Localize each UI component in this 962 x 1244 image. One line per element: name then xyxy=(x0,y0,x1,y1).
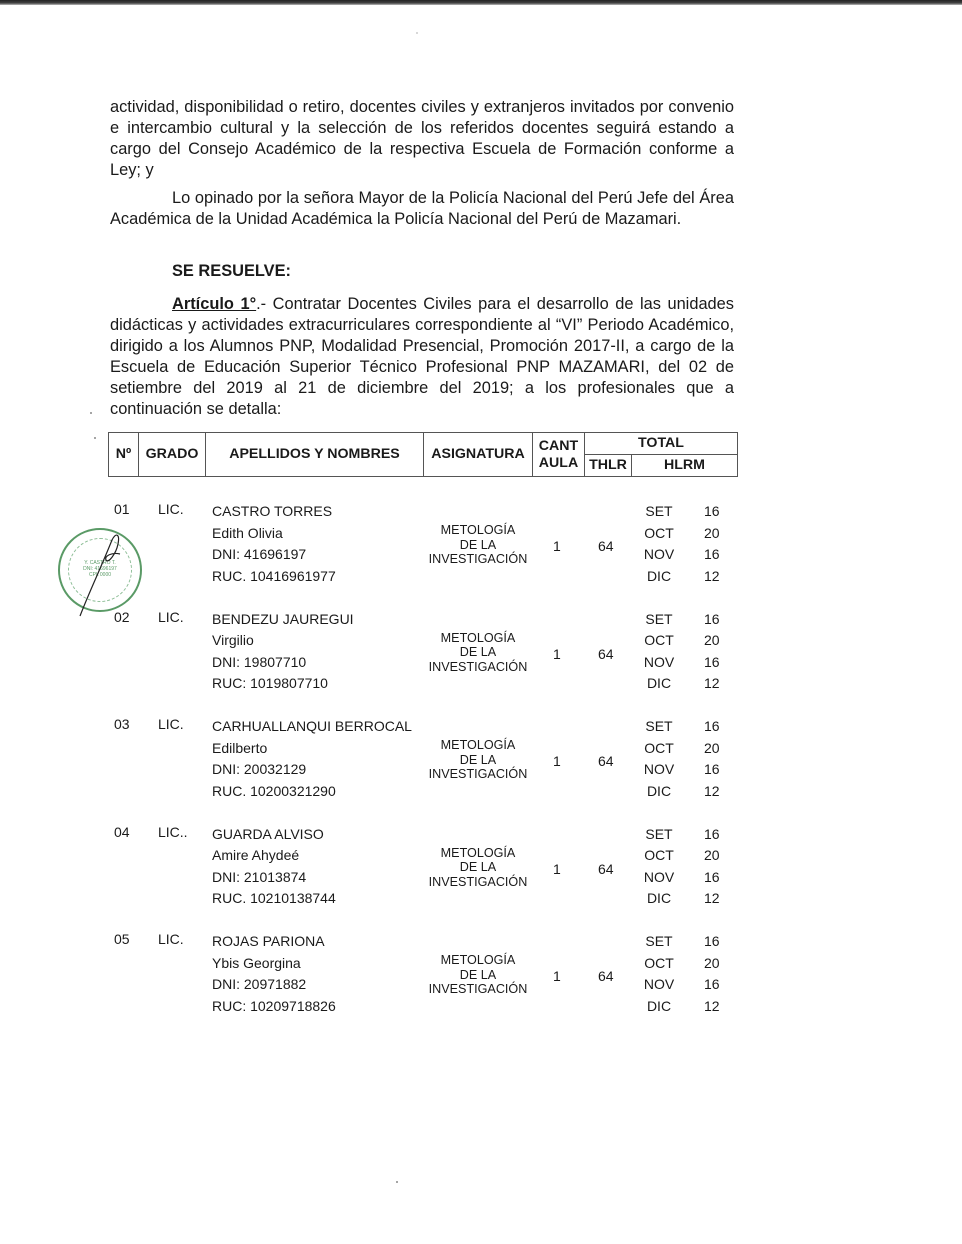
row-cant-aula: 1 xyxy=(553,538,561,554)
row-hlrm-months: SETOCTNOVDIC xyxy=(640,716,678,802)
row-number: 01 xyxy=(114,501,130,517)
row-hlrm-months: SETOCTNOVDIC xyxy=(640,609,678,695)
hlrm-hours: 16 xyxy=(704,824,720,846)
hlrm-hours: 16 xyxy=(704,544,720,566)
person-dni: DNI: 20971882 xyxy=(212,974,336,996)
table-row: 02LIC.BENDEZU JAUREGUIVirgilioDNI: 19807… xyxy=(108,609,738,695)
row-person: CARHUALLANQUI BERROCALEdilbertoDNI: 2003… xyxy=(212,716,412,802)
person-given-name: Ybis Georgina xyxy=(212,953,336,975)
header-asignatura: ASIGNATURA xyxy=(424,433,533,476)
row-grado: LIC. xyxy=(158,931,184,947)
row-person: BENDEZU JAUREGUIVirgilioDNI: 19807710RUC… xyxy=(212,609,354,695)
table-row: 04LIC..GUARDA ALVISOAmire AhydeéDNI: 210… xyxy=(108,824,738,910)
hlrm-month: NOV xyxy=(640,544,678,566)
table-header: Nº GRADO APELLIDOS Y NOMBRES ASIGNATURA … xyxy=(108,432,738,477)
row-hlrm-hours: 16201612 xyxy=(704,824,720,910)
hlrm-month: SET xyxy=(640,609,678,631)
paragraph-considerando: actividad, disponibilidad o retiro, doce… xyxy=(110,97,734,181)
hlrm-hours: 16 xyxy=(704,609,720,631)
asignatura-line: DE LA xyxy=(408,538,548,553)
hlrm-month: DIC xyxy=(640,566,678,588)
row-thlr: 64 xyxy=(598,538,614,554)
hlrm-hours: 20 xyxy=(704,738,720,760)
article-1-paragraph: Artículo 1°.- Contratar Docentes Civiles… xyxy=(110,294,734,419)
row-hlrm-hours: 16201612 xyxy=(704,609,720,695)
row-asignatura: METOLOGÍADE LAINVESTIGACIÓN xyxy=(408,631,548,675)
hlrm-month: DIC xyxy=(640,996,678,1018)
row-number: 04 xyxy=(114,824,130,840)
asignatura-line: INVESTIGACIÓN xyxy=(408,875,548,890)
hlrm-month: SET xyxy=(640,824,678,846)
row-asignatura: METOLOGÍADE LAINVESTIGACIÓN xyxy=(408,953,548,997)
row-cant-aula: 1 xyxy=(553,861,561,877)
person-dni: DNI: 41696197 xyxy=(212,544,336,566)
hlrm-month: NOV xyxy=(640,867,678,889)
article-1-label: Artículo 1° xyxy=(172,295,256,313)
person-ruc: RUC. 10200321290 xyxy=(212,781,412,803)
table-row: 03LIC.CARHUALLANQUI BERROCALEdilbertoDNI… xyxy=(108,716,738,802)
scan-edge xyxy=(0,0,962,5)
hlrm-month: NOV xyxy=(640,652,678,674)
person-given-name: Amire Ahydeé xyxy=(212,845,336,867)
asignatura-line: METOLOGÍA xyxy=(408,738,548,753)
hlrm-month: OCT xyxy=(640,738,678,760)
scan-speck xyxy=(90,412,92,414)
hlrm-month: OCT xyxy=(640,523,678,545)
paragraph-opinion: Lo opinado por la señora Mayor de la Pol… xyxy=(110,188,734,230)
hlrm-hours: 16 xyxy=(704,652,720,674)
person-given-name: Edilberto xyxy=(212,738,412,760)
row-grado: LIC. xyxy=(158,716,184,732)
row-cant-aula: 1 xyxy=(553,968,561,984)
row-cant-aula: 1 xyxy=(553,753,561,769)
row-asignatura: METOLOGÍADE LAINVESTIGACIÓN xyxy=(408,523,548,567)
row-hlrm-months: SETOCTNOVDIC xyxy=(640,931,678,1017)
row-thlr: 64 xyxy=(598,753,614,769)
hlrm-month: DIC xyxy=(640,781,678,803)
asignatura-line: DE LA xyxy=(408,645,548,660)
asignatura-line: METOLOGÍA xyxy=(408,523,548,538)
hlrm-month: SET xyxy=(640,716,678,738)
hlrm-hours: 12 xyxy=(704,673,720,695)
asignatura-line: INVESTIGACIÓN xyxy=(408,660,548,675)
row-grado: LIC. xyxy=(158,501,184,517)
scan-speck xyxy=(396,1181,398,1183)
person-dni: DNI: 20032129 xyxy=(212,759,412,781)
asignatura-line: METOLOGÍA xyxy=(408,953,548,968)
asignatura-line: INVESTIGACIÓN xyxy=(408,552,548,567)
row-asignatura: METOLOGÍADE LAINVESTIGACIÓN xyxy=(408,738,548,782)
row-asignatura: METOLOGÍADE LAINVESTIGACIÓN xyxy=(408,846,548,890)
hlrm-hours: 16 xyxy=(704,759,720,781)
hlrm-month: NOV xyxy=(640,759,678,781)
row-number: 05 xyxy=(114,931,130,947)
person-surname: GUARDA ALVISO xyxy=(212,824,336,846)
row-hlrm-hours: 16201612 xyxy=(704,716,720,802)
hlrm-hours: 16 xyxy=(704,931,720,953)
scan-speck xyxy=(94,437,96,439)
hlrm-hours: 20 xyxy=(704,953,720,975)
hlrm-month: DIC xyxy=(640,888,678,910)
scan-speck xyxy=(416,32,418,34)
asignatura-line: DE LA xyxy=(408,860,548,875)
asignatura-line: INVESTIGACIÓN xyxy=(408,767,548,782)
hlrm-hours: 20 xyxy=(704,523,720,545)
header-cant-aula: CANT AULA xyxy=(533,433,585,476)
person-ruc: RUC: 1019807710 xyxy=(212,673,354,695)
row-hlrm-hours: 16201612 xyxy=(704,931,720,1017)
hlrm-hours: 20 xyxy=(704,845,720,867)
header-no: Nº xyxy=(109,433,139,476)
row-grado: LIC.. xyxy=(158,824,188,840)
hlrm-hours: 16 xyxy=(704,501,720,523)
row-person: ROJAS PARIONAYbis GeorginaDNI: 20971882R… xyxy=(212,931,336,1017)
asignatura-line: INVESTIGACIÓN xyxy=(408,982,548,997)
asignatura-line: METOLOGÍA xyxy=(408,631,548,646)
hlrm-hours: 16 xyxy=(704,867,720,889)
asignatura-line: METOLOGÍA xyxy=(408,846,548,861)
row-thlr: 64 xyxy=(598,968,614,984)
row-hlrm-months: SETOCTNOVDIC xyxy=(640,501,678,587)
hlrm-month: SET xyxy=(640,931,678,953)
person-dni: DNI: 19807710 xyxy=(212,652,354,674)
row-person: GUARDA ALVISOAmire AhydeéDNI: 21013874RU… xyxy=(212,824,336,910)
hlrm-month: SET xyxy=(640,501,678,523)
row-number: 03 xyxy=(114,716,130,732)
hlrm-hours: 12 xyxy=(704,781,720,803)
hlrm-hours: 12 xyxy=(704,888,720,910)
hlrm-month: OCT xyxy=(640,845,678,867)
hlrm-hours: 12 xyxy=(704,566,720,588)
person-surname: ROJAS PARIONA xyxy=(212,931,336,953)
row-thlr: 64 xyxy=(598,861,614,877)
person-surname: CASTRO TORRES xyxy=(212,501,336,523)
table-row: 05LIC.ROJAS PARIONAYbis GeorginaDNI: 209… xyxy=(108,931,738,1017)
hlrm-month: OCT xyxy=(640,953,678,975)
header-nombres: APELLIDOS Y NOMBRES xyxy=(206,433,424,476)
row-hlrm-months: SETOCTNOVDIC xyxy=(640,824,678,910)
row-hlrm-hours: 16201612 xyxy=(704,501,720,587)
header-grado: GRADO xyxy=(139,433,206,476)
person-ruc: RUC: 10209718826 xyxy=(212,996,336,1018)
signature-icon xyxy=(62,520,152,620)
person-given-name: Virgilio xyxy=(212,630,354,652)
article-1-text: .- Contratar Docentes Civiles para el de… xyxy=(110,295,734,418)
hlrm-month: OCT xyxy=(640,630,678,652)
hlrm-month: DIC xyxy=(640,673,678,695)
table-row: 01LIC.CASTRO TORRESEdith OliviaDNI: 4169… xyxy=(108,501,738,587)
resuelve-heading: SE RESUELVE: xyxy=(172,262,291,281)
person-ruc: RUC. 10416961977 xyxy=(212,566,336,588)
header-total: TOTAL xyxy=(585,433,737,455)
person-dni: DNI: 21013874 xyxy=(212,867,336,889)
row-person: CASTRO TORRESEdith OliviaDNI: 41696197RU… xyxy=(212,501,336,587)
asignatura-line: DE LA xyxy=(408,753,548,768)
row-thlr: 64 xyxy=(598,646,614,662)
hlrm-hours: 12 xyxy=(704,996,720,1018)
hlrm-hours: 16 xyxy=(704,974,720,996)
hlrm-month: NOV xyxy=(640,974,678,996)
row-cant-aula: 1 xyxy=(553,646,561,662)
person-surname: CARHUALLANQUI BERROCAL xyxy=(212,716,412,738)
row-grado: LIC. xyxy=(158,609,184,625)
asignatura-line: DE LA xyxy=(408,968,548,983)
person-given-name: Edith Olivia xyxy=(212,523,336,545)
header-hlrm: HLRM xyxy=(632,455,737,476)
person-surname: BENDEZU JAUREGUI xyxy=(212,609,354,631)
person-ruc: RUC. 10210138744 xyxy=(212,888,336,910)
header-thlr: THLR xyxy=(585,455,632,476)
hlrm-hours: 16 xyxy=(704,716,720,738)
hlrm-hours: 20 xyxy=(704,630,720,652)
